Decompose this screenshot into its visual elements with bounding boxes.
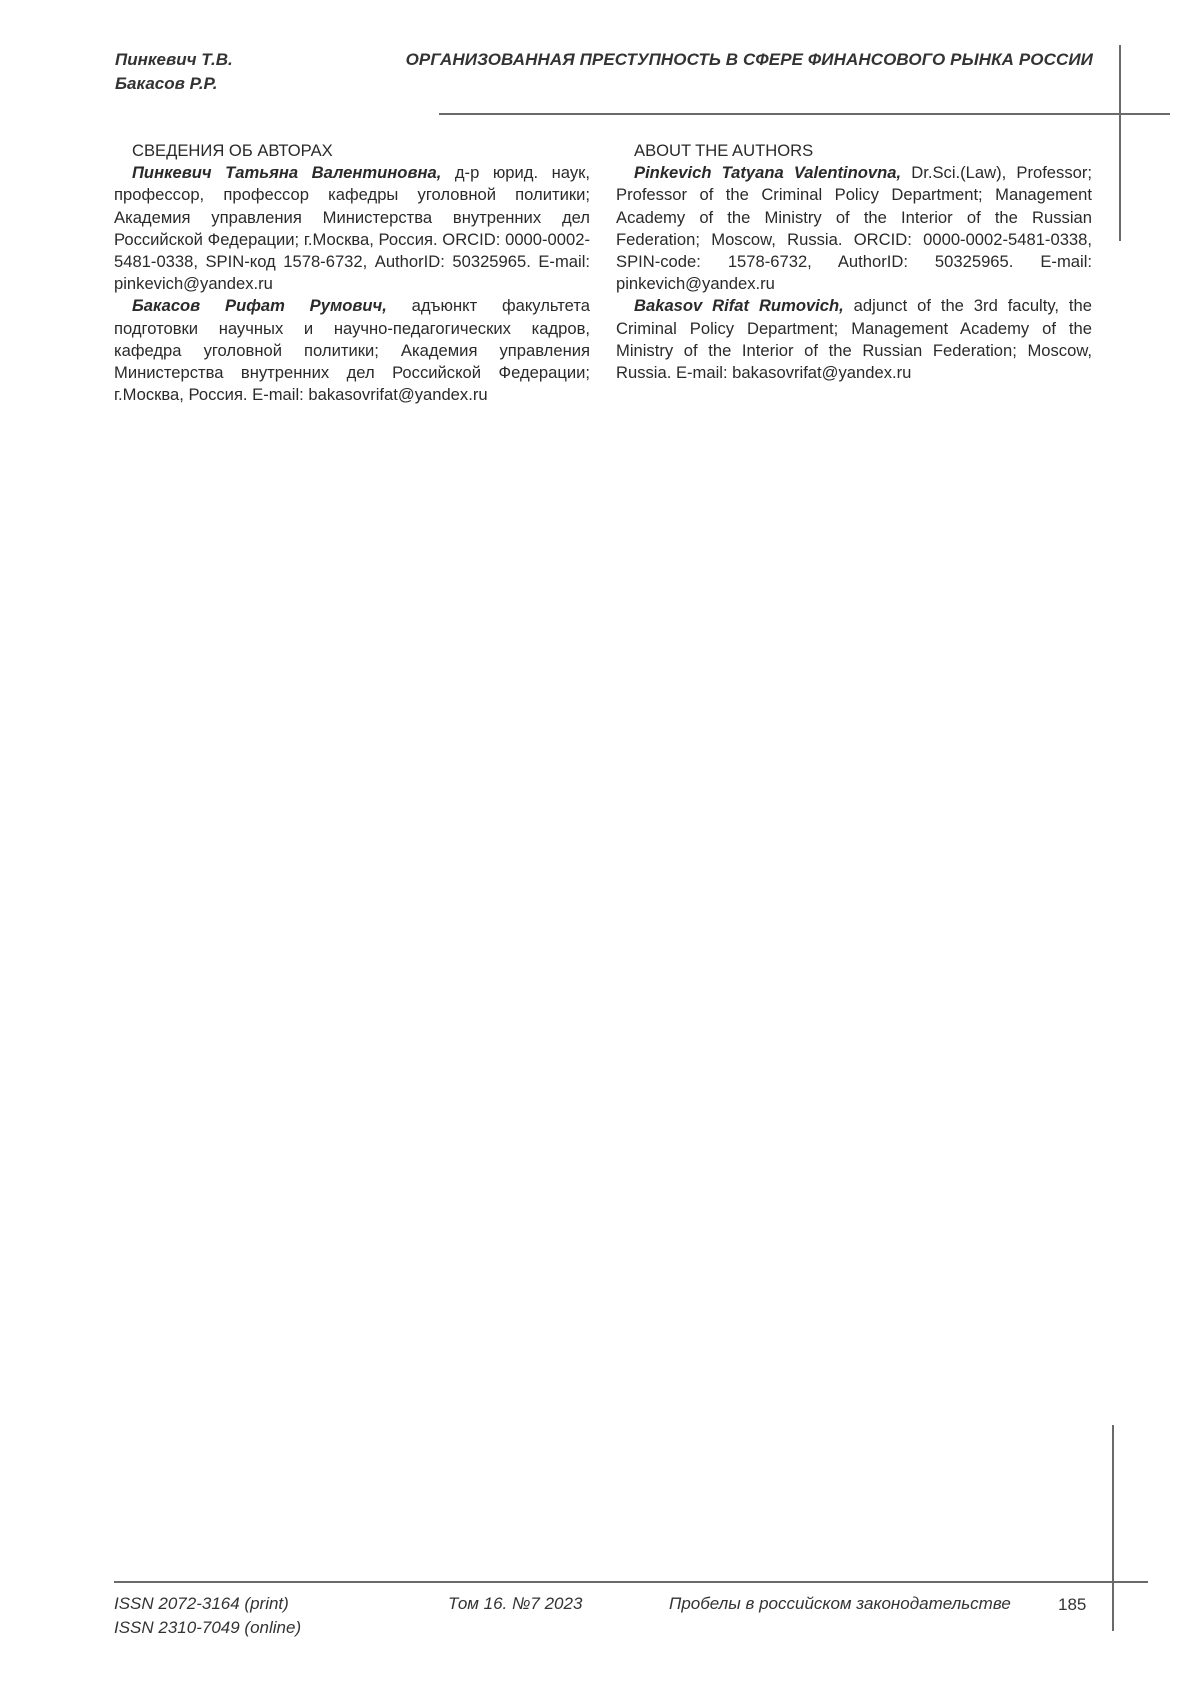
header-author-2: Бакасов Р.Р. [115, 72, 233, 96]
authors-info-ru: СВЕДЕНИЯ ОБ АВТОРАХ Пинкевич Татьяна Вал… [114, 140, 590, 406]
author-entry: Bakasov Rifat Rumovich, adjunct of the 3… [616, 295, 1092, 384]
author-name: Pinkevich Tatyana Valentinovna, [634, 163, 901, 182]
page-number: 185 [1058, 1593, 1086, 1617]
header-vertical-rule [1119, 45, 1121, 241]
footer-rule [114, 1581, 1148, 1583]
footer-volume: Том 16. №7 2023 [448, 1592, 582, 1616]
author-name: Бакасов Рифат Румович, [132, 296, 387, 315]
footer-vertical-rule [1112, 1425, 1114, 1631]
author-entry: Бакасов Рифат Румович, адъюнкт факультет… [114, 295, 590, 406]
issn-print: ISSN 2072-3164 (print) [114, 1592, 301, 1616]
header-rule [439, 113, 1170, 115]
running-header-title: ОРГАНИЗОВАННАЯ ПРЕСТУПНОСТЬ В СФЕРЕ ФИНА… [383, 48, 1093, 72]
section-title-en: ABOUT THE AUTHORS [616, 140, 1092, 162]
footer-journal-title: Пробелы в российском законодательстве [669, 1592, 1011, 1616]
author-name: Bakasov Rifat Rumovich, [634, 296, 844, 315]
author-entry: Pinkevich Tatyana Valentinovna, Dr.Sci.(… [616, 162, 1092, 295]
author-details: Dr.Sci.(Law), Professor; Professor of th… [616, 163, 1092, 293]
authors-info-en: ABOUT THE AUTHORS Pinkevich Tatyana Vale… [616, 140, 1092, 384]
author-name: Пинкевич Татьяна Валентиновна, [132, 163, 441, 182]
section-title-ru: СВЕДЕНИЯ ОБ АВТОРАХ [114, 140, 590, 162]
running-header-authors: Пинкевич Т.В. Бакасов Р.Р. [115, 48, 233, 96]
footer-issn: ISSN 2072-3164 (print) ISSN 2310-7049 (o… [114, 1592, 301, 1640]
author-entry: Пинкевич Татьяна Валентиновна, д-р юрид.… [114, 162, 590, 295]
issn-online: ISSN 2310-7049 (online) [114, 1616, 301, 1640]
header-author-1: Пинкевич Т.В. [115, 48, 233, 72]
author-details: д-р юрид. наук, профессор, профессор каф… [114, 163, 590, 293]
